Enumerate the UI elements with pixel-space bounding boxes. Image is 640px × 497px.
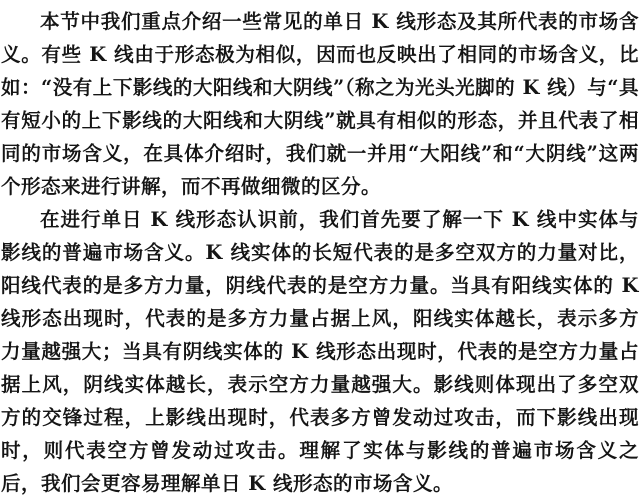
- document-page: 本节中我们重点介绍一些常见的单日 K 线形态及其所代表的市场含义。有些 K 线由…: [0, 0, 640, 497]
- paragraph-1: 本节中我们重点介绍一些常见的单日 K 线形态及其所代表的市场含义。有些 K 线由…: [1, 5, 639, 203]
- paragraph-2: 在进行单日 K 线形态认识前，我们首先要了解一下 K 线中实体与影线的普遍市场含…: [1, 203, 639, 497]
